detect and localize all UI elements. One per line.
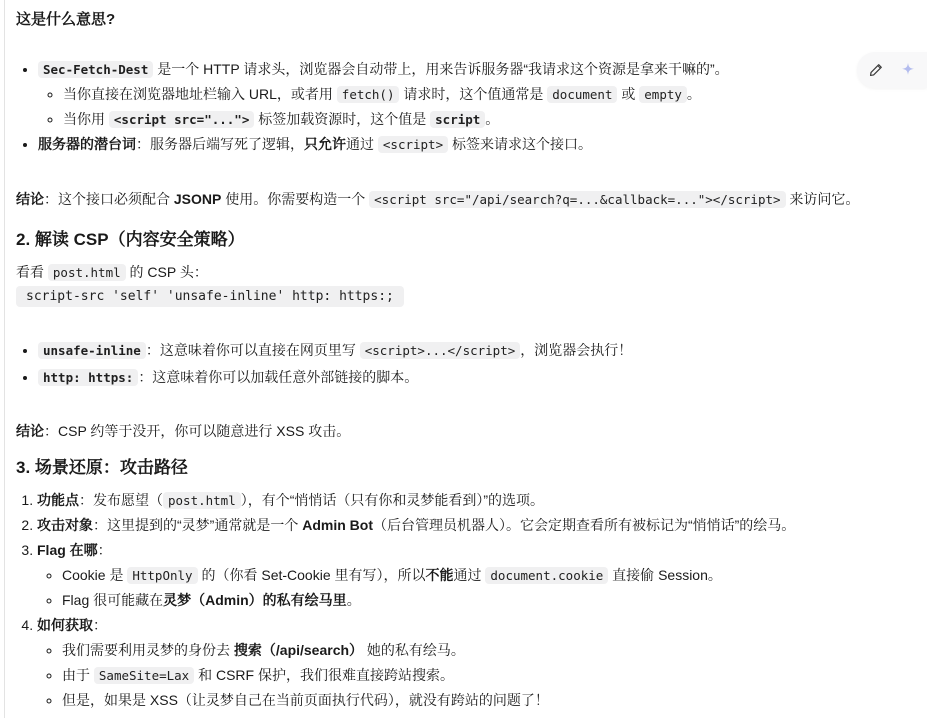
list-item-text: 攻击对象：这里提到的“灵梦”通常就是一个 Admin Bot（后台管理员机器人）…: [37, 517, 795, 533]
list-item-text: 当你直接在浏览器地址栏输入 URL，或者用 fetch() 请求时，这个值通常是…: [63, 86, 701, 102]
sub-list-item: Cookie 是 HttpOnly 的（你看 Set-Cookie 里有写），所…: [62, 563, 906, 588]
list-item: Sec-Fetch-Dest 是一个 HTTP 请求头，浏览器会自动带上，用来告…: [38, 57, 906, 132]
csp-code-block: script-src 'self' 'unsafe-inline' http: …: [16, 286, 404, 307]
sub-list-item: Flag 很可能藏在灵梦（Admin）的私有绘马里。: [62, 588, 906, 613]
numbered-item: Flag 在哪： Cookie 是 HttpOnly 的（你看 Set-Cook…: [37, 538, 906, 613]
sub-bullet-list: 我们需要利用灵梦的身份去 搜索（/api/search） 她的私有绘马。 由于 …: [37, 638, 906, 713]
code-block-container: script-src 'self' 'unsafe-inline' http: …: [16, 285, 906, 307]
sub-list-item: 当你直接在浏览器地址栏输入 URL，或者用 fetch() 请求时，这个值通常是…: [63, 82, 906, 107]
section-heading-csp: 2. 解读 CSP（内容安全策略）: [16, 228, 906, 252]
list-item-text: 我们需要利用灵梦的身份去 搜索（/api/search） 她的私有绘马。: [62, 642, 465, 658]
left-border-rule: [4, 0, 5, 718]
section-heading-scenario: 3. 场景还原：攻击路径: [16, 456, 906, 480]
list-item-text: 服务器的潜台词：服务器后端写死了逻辑，只允许通过 <script> 标签来请求这…: [38, 136, 592, 152]
sub-list-item: 我们需要利用灵梦的身份去 搜索（/api/search） 她的私有绘马。: [62, 638, 906, 663]
bullet-list-csp: unsafe-inline：这意味着你可以直接在网页里写 <script>...…: [16, 337, 906, 391]
list-item-text: 由于 SameSite=Lax 和 CSRF 保护，我们很难直接跨站搜索。: [62, 667, 454, 683]
list-item-text: http: https:：这意味着你可以加载任意外部链接的脚本。: [38, 369, 418, 385]
attack-path-list: 功能点：发布愿望（post.html），有个“悄悄话（只有你和灵梦能看到）”的选…: [16, 488, 906, 713]
numbered-item: 攻击对象：这里提到的“灵梦”通常就是一个 Admin Bot（后台管理员机器人）…: [37, 513, 906, 538]
message-body: 这是什么意思? Sec-Fetch-Dest 是一个 HTTP 请求头，浏览器会…: [16, 9, 906, 713]
list-item: unsafe-inline：这意味着你可以直接在网页里写 <script>...…: [38, 337, 906, 364]
csp-intro-paragraph: 看看 post.html 的 CSP 头：: [16, 260, 906, 285]
sub-list-item: 当你用 <script src="..."> 标签加载资源时，这个值是 scri…: [63, 107, 906, 132]
list-item-text: Flag 在哪：: [37, 542, 112, 558]
sub-list-item: 但是，如果是 XSS（让灵梦自己在当前页面执行代码），就没有跨站的问题了！: [62, 688, 906, 713]
conclusion-paragraph: 结论：这个接口必须配合 JSONP 使用。你需要构造一个 <script src…: [16, 187, 906, 212]
numbered-item: 如何获取： 我们需要利用灵梦的身份去 搜索（/api/search） 她的私有绘…: [37, 613, 906, 713]
sub-list-item: 由于 SameSite=Lax 和 CSRF 保护，我们很难直接跨站搜索。: [62, 663, 906, 688]
list-item-text: unsafe-inline：这意味着你可以直接在网页里写 <script>...…: [38, 342, 632, 358]
list-item: 服务器的潜台词：服务器后端写死了逻辑，只允许通过 <script> 标签来请求这…: [38, 132, 906, 157]
question-title: 这是什么意思?: [16, 9, 906, 31]
list-item-text: Sec-Fetch-Dest 是一个 HTTP 请求头，浏览器会自动带上，用来告…: [38, 61, 729, 77]
list-item: http: https:：这意味着你可以加载任意外部链接的脚本。: [38, 364, 906, 391]
list-item-text: 如何获取：: [37, 617, 107, 633]
list-item-text: 功能点：发布愿望（post.html），有个“悄悄话（只有你和灵梦能看到）”的选…: [37, 492, 544, 508]
conclusion-paragraph: 结论：CSP 约等于没开，你可以随意进行 XSS 攻击。: [16, 419, 906, 444]
list-item-text: 但是，如果是 XSS（让灵梦自己在当前页面执行代码），就没有跨站的问题了！: [62, 692, 549, 708]
list-item-text: Flag 很可能藏在灵梦（Admin）的私有绘马里。: [62, 592, 361, 608]
bullet-list-sec-fetch: Sec-Fetch-Dest 是一个 HTTP 请求头，浏览器会自动带上，用来告…: [16, 57, 906, 157]
numbered-item: 功能点：发布愿望（post.html），有个“悄悄话（只有你和灵梦能看到）”的选…: [37, 488, 906, 513]
list-item-text: Cookie 是 HttpOnly 的（你看 Set-Cookie 里有写），所…: [62, 567, 722, 583]
sub-bullet-list: Cookie 是 HttpOnly 的（你看 Set-Cookie 里有写），所…: [37, 563, 906, 613]
list-item-text: 当你用 <script src="..."> 标签加载资源时，这个值是 scri…: [63, 111, 499, 127]
sub-bullet-list: 当你直接在浏览器地址栏输入 URL，或者用 fetch() 请求时，这个值通常是…: [38, 82, 906, 132]
